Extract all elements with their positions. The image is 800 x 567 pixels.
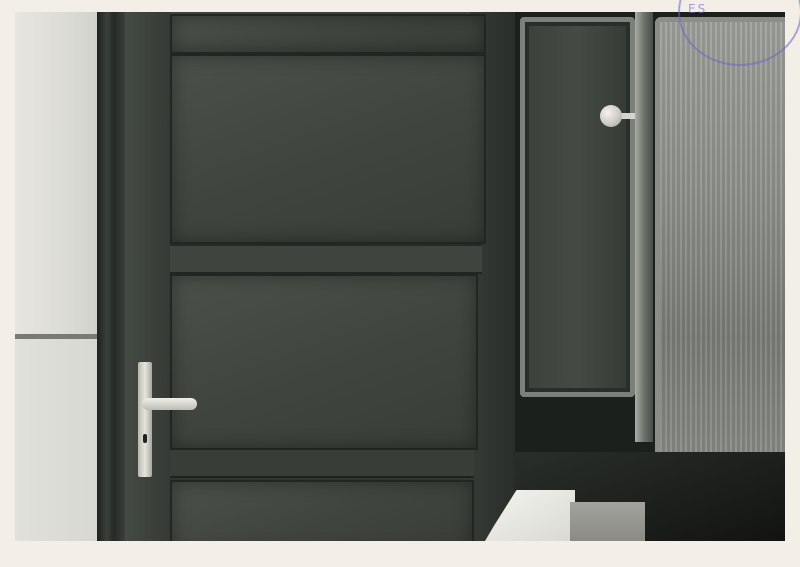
- keyhole-icon: [143, 434, 147, 443]
- left-wall-lower: [15, 339, 97, 541]
- door-panel-bottom: [170, 480, 474, 541]
- cabinet-divider: [635, 12, 653, 442]
- door-handle-plate: [138, 362, 152, 477]
- door-panel-top: [170, 14, 486, 54]
- cabinet-ribbed-glass: [655, 17, 785, 477]
- door-panel-upper: [170, 54, 486, 244]
- stamp-text: ES: [688, 2, 707, 16]
- door-handle: [142, 398, 197, 410]
- door-panel-middle: [170, 274, 478, 450]
- box: [570, 502, 645, 541]
- cabinet-left-pane: [520, 17, 635, 397]
- photograph: [15, 12, 785, 541]
- door-rail-lower: [170, 450, 474, 478]
- cabinet-knob: [600, 105, 622, 127]
- door-frame: [97, 12, 125, 541]
- door-rail-middle: [170, 244, 482, 274]
